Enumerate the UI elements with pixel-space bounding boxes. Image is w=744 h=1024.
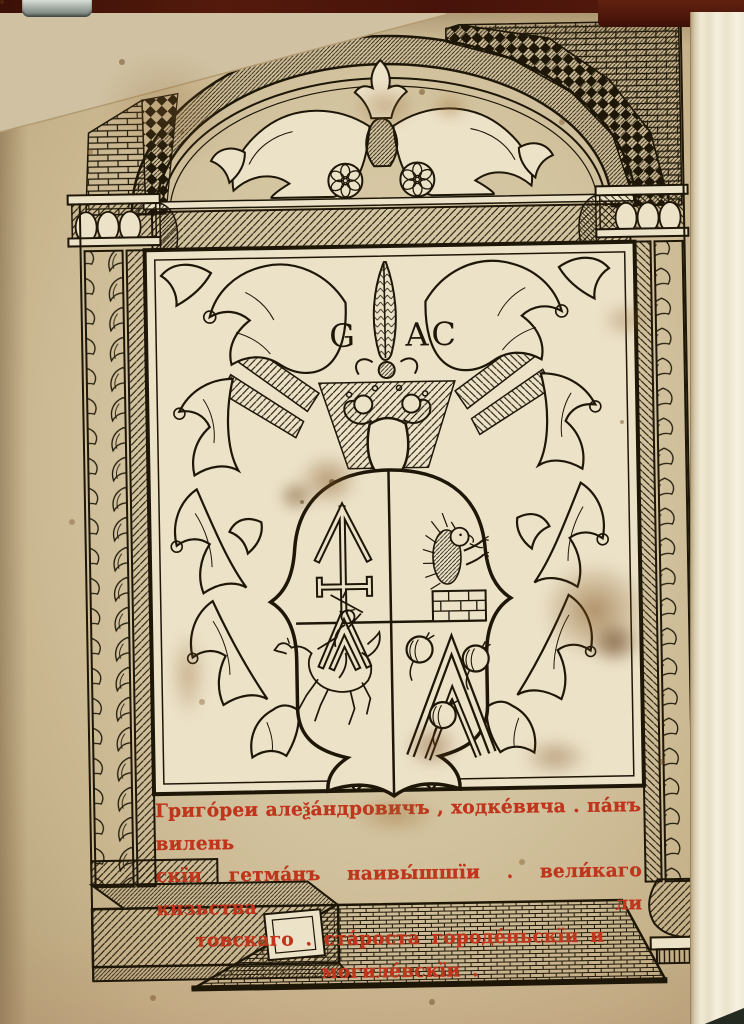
colophon-inscription: Григо́реи алеѯа́ндровичъ , ходке́вича . … — [155, 790, 643, 991]
inscription-line: Григо́реи алеѯа́ндровичъ , ходке́вича . … — [155, 790, 642, 861]
inscription-line: товскаго . ста́роста городе́ньскїи и мог… — [156, 920, 643, 991]
page-fore-edges — [690, 12, 744, 1024]
monogram-letter-g: G — [329, 317, 355, 355]
inscription-line: скїи гетма́нъ наивы́шшїи . вели́каго кнз… — [156, 855, 643, 926]
rosette-icon — [400, 162, 435, 197]
book-page-photo: G AC — [0, 0, 744, 1024]
metal-clasp — [22, 0, 92, 17]
paper-specks — [0, 0, 4, 4]
monogram-letters-ac: AC — [404, 315, 459, 354]
rosette-icon — [328, 163, 363, 198]
